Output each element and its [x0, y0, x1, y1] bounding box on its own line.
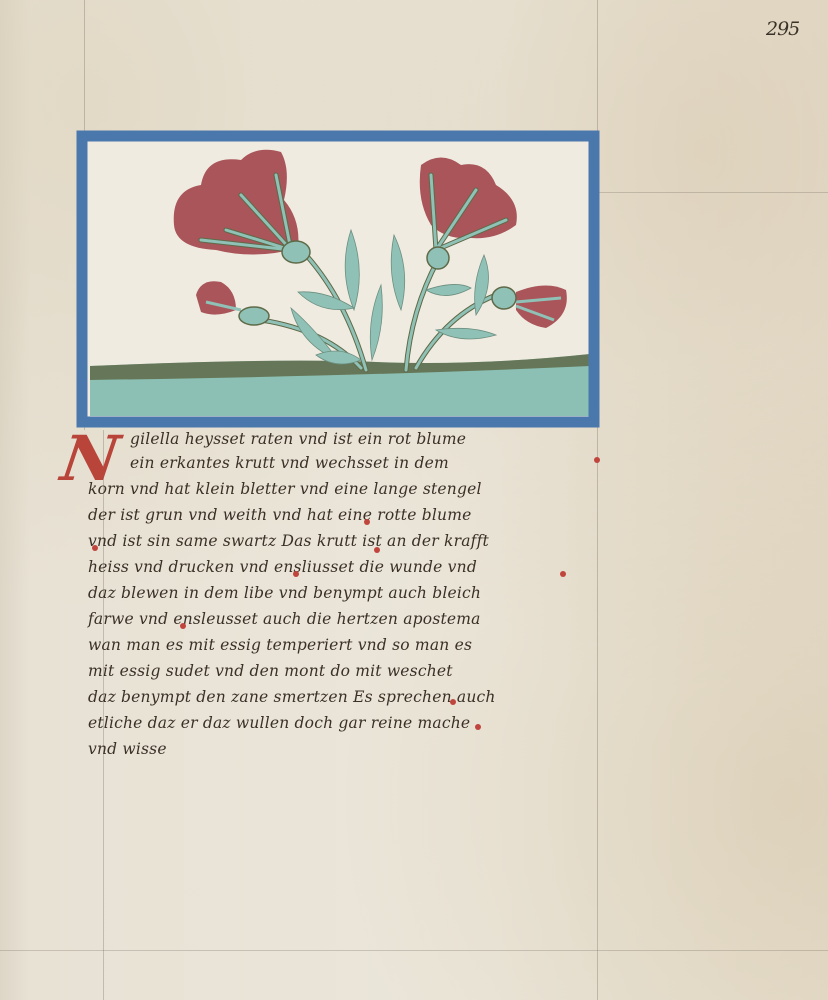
text-line: etliche daz er daz wullen doch gar reine…: [88, 714, 470, 732]
text-line: mit essig sudet vnd den mont do mit wesc…: [88, 662, 453, 680]
text-line: heiss vnd drucken vnd ensliusset die wun…: [88, 558, 477, 576]
rubric-mark: [92, 545, 98, 551]
rubric-mark: [293, 571, 299, 577]
rubric-mark: [374, 547, 380, 553]
rubric-mark: [475, 724, 481, 730]
text-line: korn vnd hat klein bletter vnd eine lang…: [88, 480, 482, 498]
folio-number: 295: [766, 18, 799, 40]
rubric-mark: [364, 519, 370, 525]
text-line: gilella heysset raten vnd ist ein rot bl…: [130, 430, 466, 448]
text-line: daz benympt den zane smertzen Es spreche…: [88, 688, 496, 706]
top-ruling-line: [597, 192, 828, 193]
text-line: farwe vnd ensleusset auch die hertzen ap…: [88, 610, 481, 628]
rubric-mark: [560, 571, 566, 577]
text-line: vnd ist sin same swartz Das krutt ist an…: [88, 532, 489, 550]
plant-miniature: [76, 130, 600, 428]
text-line: wan man es mit essig temperiert vnd so m…: [88, 636, 472, 654]
rubric-mark: [594, 457, 600, 463]
text-line: daz blewen in dem libe vnd benympt auch …: [88, 584, 481, 602]
rubric-mark: [180, 623, 186, 629]
text-line: der ist grun vnd weith vnd hat eine rott…: [88, 506, 471, 524]
bottom-ruling-line: [0, 950, 828, 951]
text-line: ein erkantes krutt vnd wechsset in dem: [130, 454, 449, 472]
rubric-mark: [450, 699, 456, 705]
text-line: vnd wisse: [88, 740, 167, 758]
manuscript-page: 295: [0, 0, 828, 1000]
